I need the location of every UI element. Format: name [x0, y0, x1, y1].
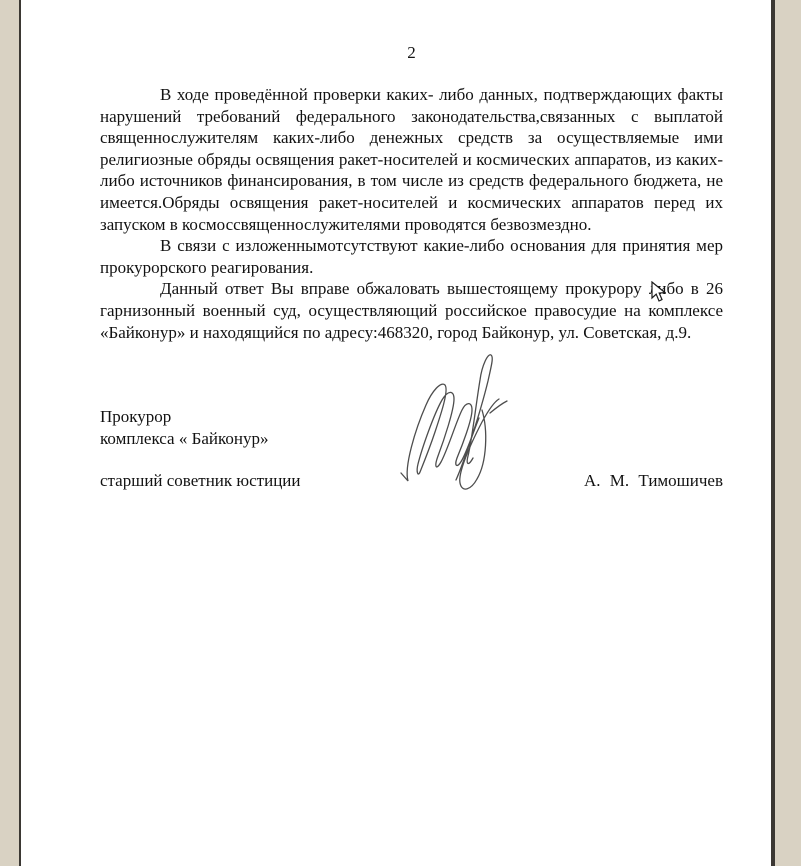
mouse-pointer-icon: [650, 281, 666, 303]
page-number: 2: [100, 43, 723, 63]
signer-rank: старший советник юстиции: [100, 471, 300, 491]
prosecutor-title-line1: Прокурор: [100, 406, 269, 428]
paragraph-conclusion: В связи с изложеннымотсутствуют какие-ли…: [100, 235, 723, 278]
prosecutor-title: Прокурор комплекса « Байконур»: [100, 406, 269, 450]
paragraph-appeal-rights: Данный ответ Вы вправе обжаловать вышест…: [100, 278, 723, 343]
prosecutor-title-line2: комплекса « Байконур»: [100, 428, 269, 450]
document-page: 2 В ходе проведённой проверки каких- либ…: [19, 0, 775, 866]
paragraph-inspection-results: В ходе проведённой проверки каких- либо …: [100, 84, 723, 235]
document-body: В ходе проведённой проверки каких- либо …: [100, 84, 723, 343]
signer-name: А. М. Тимошичев: [584, 471, 723, 491]
signature-row: старший советник юстиции А. М. Тимошичев: [100, 471, 723, 491]
